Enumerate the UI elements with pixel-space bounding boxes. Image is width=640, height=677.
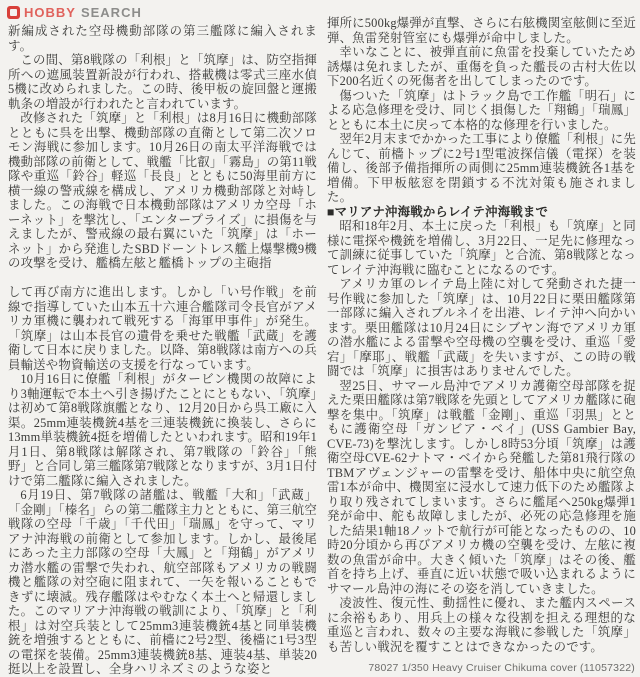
document-page: HOBBYSEARCH 新編成された空母機動部隊の第三艦隊に編入されます。この間… [0, 0, 640, 677]
body-paragraph: 改修された「筑摩」と「利根」は8月16日に機動部隊とともに呉を出撃、機動部隊の直… [8, 111, 317, 271]
hobby-search-logo-icon [7, 6, 20, 19]
body-paragraph: 新編成された空母機動部隊の第三艦隊に編入されます。 [8, 24, 317, 53]
logo-hobby-label: HOBBY [24, 5, 76, 20]
body-paragraph: アメリカ軍のレイテ島上陸に対して発動された捷一号作戦に参加した「筑摩」は、10月… [327, 277, 636, 379]
right-text-column: 揮所に500kg爆弾が直撃、さらに右舷機関室舷側に至近弾、魚雷発射管室にも爆弾が… [327, 16, 636, 660]
hobby-search-logo: HOBBYSEARCH [7, 4, 142, 20]
body-paragraph: して再び南方に進出します。しかし「い号作戦」を前線で指導していた山本五十六連合艦… [8, 285, 317, 372]
left-text-column: 新編成された空母機動部隊の第三艦隊に編入されます。この間、第8戦隊の「利根」と「… [8, 24, 317, 664]
body-paragraph: 翌25日、サマール島沖でアメリカ護衛空母部隊を捉えた栗田艦隊は第7戦隊を先頭とし… [327, 379, 636, 597]
body-paragraph: 凌波性、復元性、動揺性に優れ、また艦内スペースに余裕もあり、用兵上の様々な役割を… [327, 596, 636, 654]
body-paragraph: 幸いなことに、被弾直前に魚雷を投棄していたため誘爆は免れましたが、重傷を負った艦… [327, 45, 636, 89]
body-paragraph: 6月19日、第7戦隊の諸艦は、戦艦「大和」「武蔵」「金剛」「榛名」らの第二艦隊主… [8, 488, 317, 677]
body-paragraph: この間、第8戦隊の「利根」と「筑摩」は、防空指揮所への遮風装置新設が行われ、搭載… [8, 53, 317, 111]
section-heading: ■マリアナ沖海戦からレイテ沖海戦まで [327, 205, 636, 220]
body-paragraph: 傷ついた「筑摩」はトラック島で工作艦「明石」による応急修理を受け、同じく損傷した… [327, 89, 636, 133]
body-paragraph: 昭和18年2月、本土に戻った「利根」も「筑摩」と同様に電探や機銃を増備し、3月2… [327, 219, 636, 277]
logo-search-label: SEARCH [81, 5, 142, 20]
body-paragraph: 10月16日に僚艦「利根」がタービン機関の故障により3軸運転で本土へ引き揚げたこ… [8, 372, 317, 488]
photo-caption: 78027 1/350 Heavy Cruiser Chikuma cover … [368, 662, 635, 674]
body-paragraph: 翌年2月末までかかった工事により僚艦「利根」に先んじて、前檣トップに2号1型電波… [327, 132, 636, 205]
hobby-search-logo-text: HOBBYSEARCH [24, 6, 142, 19]
body-paragraph: 揮所に500kg爆弾が直撃、さらに右舷機関室舷側に至近弾、魚雷発射管室にも爆弾が… [327, 16, 636, 45]
column-gap [8, 271, 317, 286]
